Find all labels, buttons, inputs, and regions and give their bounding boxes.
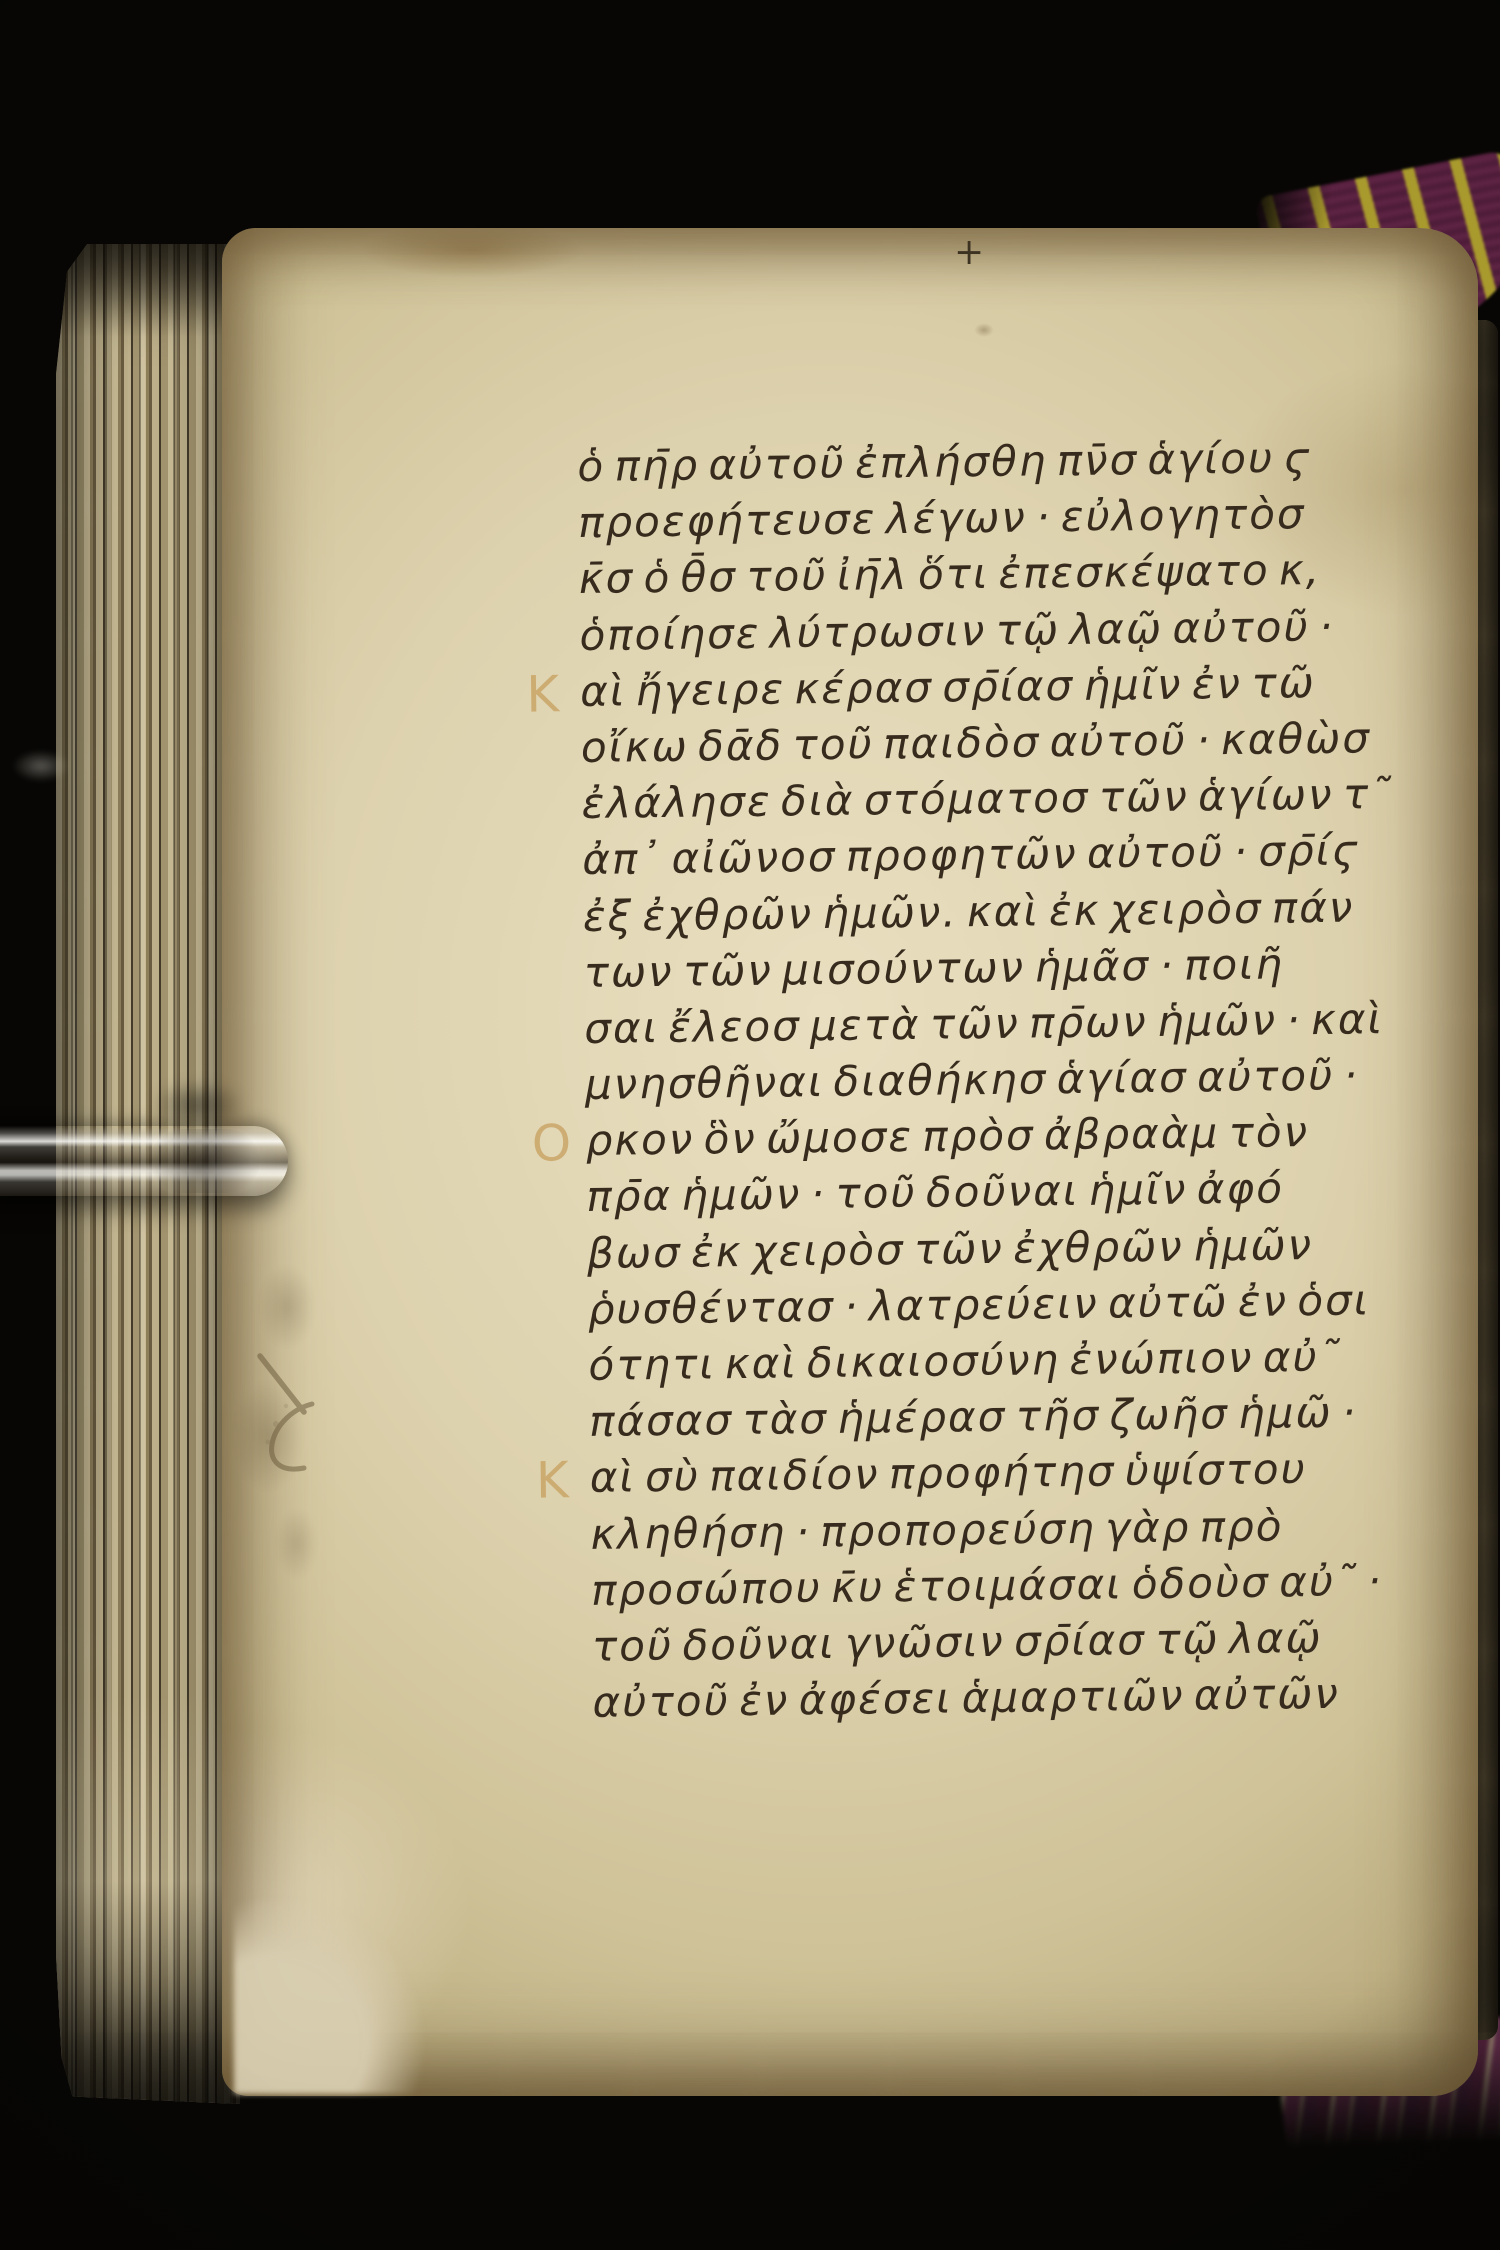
manuscript-line: Ορκον ὃν ὤμοσε πρὸσ ἀβραὰμ τὸν — [585, 1103, 1397, 1169]
manuscript-line: προσώπου κ̄υ ἑτοιμάσαι ὁδοὺσ αὐ῀ · — [591, 1553, 1403, 1619]
manuscript-line: των τῶν μισούντων ἡμᾶσ · ποιῆ — [583, 935, 1395, 1001]
manuscript-line-text: ἐλάλησε διὰ στόματοσ τῶν ἁγίων τ῀ — [581, 769, 1393, 828]
manuscript-line: βωσ ἐκ χειρὸσ τῶν ἐχθρῶν ἡμῶν — [587, 1216, 1399, 1282]
manuscript-line: σαι ἔλεοσ μετὰ τῶν πρ̄ων ἡμῶν · καὶ — [584, 991, 1396, 1057]
rubric-initial: Ο — [531, 1118, 573, 1169]
rubric-initial: Κ — [526, 669, 561, 719]
manuscript-line-text: κ̄σ ὁ θ̄σ τοῦ ἰη̄λ ὅτι ἐπεσκέψατο κ, — [579, 545, 1322, 603]
manuscript-line: τοῦ δοῦναι γνῶσιν σρ̄ίασ τῷ λαῷ — [592, 1609, 1404, 1675]
manuscript-line-text: κληθήση · προπορεύση γὰρ πρὸ — [590, 1501, 1283, 1558]
manuscript-line-text: ότητι καὶ δικαιοσύνη ἐνώπιον αὐ῀ — [588, 1332, 1342, 1390]
manuscript-line-text: οἴκω δᾱδ τοῦ παιδὸσ αὐτοῦ · καθὼσ — [581, 713, 1372, 772]
rubric-initial: Κ — [536, 1456, 571, 1506]
manuscript-line: ότητι καὶ δικαιοσύνη ἐνώπιον αὐ῀ — [588, 1328, 1400, 1394]
rod-shadow — [150, 1080, 245, 1130]
manuscript-line: ἐλάλησε διὰ στόματοσ τῶν ἁγίων τ῀ — [581, 766, 1393, 832]
manuscript-line-text: αὐτοῦ ἐν ἀφέσει ἁμαρτιῶν αὐτῶν — [592, 1669, 1340, 1727]
manuscript-line-text: των τῶν μισούντων ἡμᾶσ · ποιῆ — [583, 939, 1284, 997]
manuscript-line: ὁποίησε λύτρωσιν τῷ λαῷ αὐτοῦ · — [579, 598, 1391, 664]
manuscript-line-text: αὶ ἤγειρε κέρασ σρ̄ίασ ἡμῖν ἐν τῶ — [580, 658, 1316, 716]
manuscript-line: Καὶ σὺ παιδίον προφήτησ ὑψίστου — [589, 1440, 1401, 1506]
manuscript-line-text: μνησθῆναι διαθήκησ ἁγίασ αὐτοῦ · — [585, 1051, 1360, 1109]
manuscript-line: Καὶ ἤγειρε κέρασ σρ̄ίασ ἡμῖν ἐν τῶ — [580, 654, 1392, 720]
text-block: ὁ πη̄ρ αὐτοῦ ἐπλήσθη πν̄σ ἁγίου ϛπροεφήτ… — [577, 429, 1404, 1731]
manuscript-line: πρ̄α ἡμῶν · τοῦ δοῦναι ἡμῖν ἀφό — [586, 1159, 1398, 1225]
manuscript-line-text: σαι ἔλεοσ μετὰ τῶν πρ̄ων ἡμῶν · καὶ — [584, 994, 1384, 1053]
manuscript-line-text: πάσασ τὰσ ἡμέρασ τῆσ ζωῆσ ἡμῶ · — [589, 1388, 1358, 1446]
manuscript-line: μνησθῆναι διαθήκησ ἁγίασ αὐτοῦ · — [585, 1047, 1397, 1113]
manuscript-line-text: τοῦ δοῦναι γνῶσιν σρ̄ίασ τῷ λαῷ — [592, 1613, 1323, 1671]
manuscript-line: αὐτοῦ ἐν ἀφέσει ἁμαρτιῶν αὐτῶν — [592, 1665, 1404, 1731]
manuscript-line: ῥυσθέντασ · λατρεύειν αὐτῶ ἐν ὁσι — [587, 1272, 1399, 1338]
manuscript-line-text: ῥυσθέντασ · λατρεύειν αὐτῶ ἐν ὁσι — [587, 1275, 1370, 1334]
cross-mark: + — [954, 232, 984, 273]
manuscript-line-text: βωσ ἐκ χειρὸσ τῶν ἐχθρῶν ἡμῶν — [587, 1220, 1314, 1278]
manuscript-page: + ὁ πη̄ρ αὐτοῦ ἐπλήσθη πν̄σ ἁγίου ϛπροεφ… — [222, 228, 1478, 2096]
manuscript-line-text: ὁ πη̄ρ αὐτοῦ ἐπλήσθη πν̄σ ἁγίου ϛ — [577, 433, 1310, 491]
reflection-wisp — [12, 750, 70, 782]
manuscript-line-text: αὶ σὺ παιδίον προφήτησ ὑψίστου — [590, 1445, 1308, 1503]
manuscript-line: κληθήση · προπορεύση γὰρ πρὸ — [590, 1497, 1402, 1563]
manuscript-line: ἐξ ἐχθρῶν ἡμῶν. καὶ ἐκ χειρὸσ πάν — [583, 879, 1395, 945]
manuscript-line-text: προσώπου κ̄υ ἑτοιμάσαι ὁδοὺσ αὐ῀ · — [591, 1556, 1383, 1615]
manuscript-line-text: ἐξ ἐχθρῶν ἡμῶν. καὶ ἐκ χειρὸσ πάν — [583, 882, 1355, 940]
manuscript-line: ἀπ᾽ αἰῶνοσ προφητῶν αὐτοῦ · σρ̄ίϛ — [582, 822, 1394, 888]
manuscript-line-text: προεφήτευσε λέγων · εὐλογητὸσ — [578, 489, 1306, 547]
photo-scene: + ὁ πη̄ρ αὐτοῦ ἐπλήσθη πν̄σ ἁγίου ϛπροεφ… — [0, 0, 1500, 2250]
manuscript-line: ὁ πη̄ρ αὐτοῦ ἐπλήσθη πν̄σ ἁγίου ϛ — [577, 429, 1389, 495]
manuscript-line-text: πρ̄α ἡμῶν · τοῦ δοῦναι ἡμῖν ἀφό — [586, 1164, 1284, 1222]
manuscript-line: οἴκω δᾱδ τοῦ παιδὸσ αὐτοῦ · καθὼσ — [581, 710, 1393, 776]
manuscript-line-text: ὁποίησε λύτρωσιν τῷ λαῷ αὐτοῦ · — [579, 601, 1334, 659]
manuscript-line: πάσασ τὰσ ἡμέρασ τῆσ ζωῆσ ἡμῶ · — [589, 1384, 1401, 1450]
manuscript-line-text: ἀπ᾽ αἰῶνοσ προφητῶν αὐτοῦ · σρ̄ίϛ — [582, 826, 1359, 884]
worn-parchment-patch — [234, 1864, 484, 2094]
manuscript-line: κ̄σ ὁ θ̄σ τοῦ ἰη̄λ ὅτι ἐπεσκέψατο κ, — [579, 541, 1391, 607]
glass-rod — [0, 1126, 288, 1196]
manuscript-line-text: ρκον ὃν ὤμοσε πρὸσ ἀβραὰμ τὸν — [585, 1107, 1309, 1165]
marginal-scribble — [246, 1346, 341, 1496]
manuscript-line: προεφήτευσε λέγων · εὐλογητὸσ — [578, 485, 1390, 551]
